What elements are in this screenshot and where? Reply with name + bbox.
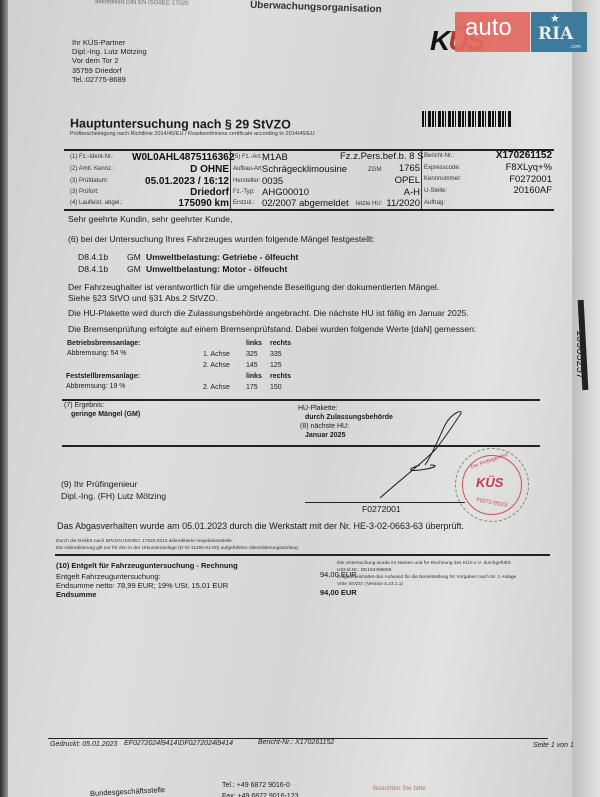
invoice-title: (10) Entgelt für Fahrzeuguntersuchung - … (56, 561, 238, 570)
fzart-extra: Fz.z.Pers.bef.b. 8 S (340, 151, 420, 162)
inspector-label: (9) Ihr Prüfingenieur (61, 479, 137, 489)
address-line: Ihr KÜS-Partner (72, 38, 147, 47)
laufleistung-label: (4) Laufleist. abgel.: (70, 200, 123, 206)
axle-right-value: 150 (270, 384, 282, 391)
pruefdatum-value: 05.01.2023 / 16:12 (120, 176, 229, 187)
defect-text: Umweltbelastung: Motor - ölfeucht (146, 264, 287, 274)
axle-left-value: 145 (246, 362, 258, 369)
pruefdatum-label: (3) Prüfdatum: (70, 178, 108, 184)
erstzul-label: Erstzul.: (233, 200, 255, 206)
footer-bericht: Bericht-Nr.: X170261152 (258, 739, 334, 746)
axle-left-value: 325 (246, 351, 258, 358)
col-right-label: rechts (270, 373, 291, 380)
responsibility-line-1: Der Fahrzeughalter ist verantwortlich fü… (68, 282, 439, 292)
kennz-label: (2) Amtl. Kennz.: (70, 166, 114, 172)
bericht-value: X170261152 (470, 150, 552, 161)
net-line: Endsumme netto: 78,99 EUR; 19% USt. 15,0… (56, 581, 228, 590)
org-header-text: Überwachungsorganisation (250, 0, 382, 15)
col-left-label: links (246, 340, 262, 347)
ustelle-label: U-Stelle: (424, 188, 447, 194)
col-right-label: rechts (270, 340, 291, 347)
defect-severity: GM (127, 252, 141, 262)
document-title: Hauptuntersuchung nach § 29 StVZO (70, 116, 291, 131)
watermark-com-text: .com (570, 44, 581, 50)
aufbau-value: Schrägecklimousine (262, 164, 347, 175)
zgm-label: ZGM (368, 167, 381, 173)
defect-severity: GM (127, 264, 141, 274)
auftrag-label: Auftrag: (424, 200, 445, 206)
pruefort-value: Driedorf (132, 187, 229, 198)
axle-right-value: 335 (270, 351, 282, 358)
org-small-text: akkreditiert DIN EN ISO/IEC 17020 (95, 0, 188, 7)
print-code: EF0272024l9414\DF0272024l9414 (124, 740, 233, 747)
signature-line (305, 502, 465, 503)
inspector-number: F0272001 (362, 504, 401, 514)
barcode (422, 111, 512, 127)
bericht-label: Bericht-Nr.: (424, 153, 454, 159)
aufbau-label: Aufbau-Art: (233, 166, 263, 172)
invoice-note: Die Untersuchung wurde im Namen und für … (337, 561, 512, 566)
total-value: 94,00 EUR (320, 588, 357, 597)
address-line: 35759 Driedorf (72, 66, 147, 75)
footer-note: Beachten Sie bitte (373, 785, 426, 792)
fzart-value: M1AB (262, 152, 288, 163)
footer-tel: Tel.: +49 6872 9016-0 (222, 782, 290, 789)
parking-brake-rate: Abbremsung: 19 % (66, 383, 126, 390)
divider (62, 399, 540, 401)
parking-brake-label: Feststellbremsanlage: (66, 373, 140, 380)
hersteller-value: 0035 (262, 176, 283, 187)
ustelle-value: 20160AF (470, 185, 552, 196)
accreditation-line: Durch die DAkkS nach DIN EN ISO/IEC 1702… (56, 539, 233, 544)
address-line: Vor dem Tor 2 (72, 56, 147, 65)
axle-label: 2. Achse (203, 362, 230, 369)
kennnummer-value: F0272001 (470, 174, 552, 185)
stamp-logo: KÜS (476, 475, 503, 490)
address-line: Dipl.-Ing. Lutz Mötzing (72, 47, 147, 56)
next-hu-label: (8) nächste HU: (300, 423, 349, 430)
fztyp-extra: A-H (390, 187, 420, 198)
kennz-value: D OHNE (132, 164, 229, 175)
document-subtitle: Prüfbescheinigung nach Richtlinie 2014/4… (70, 131, 315, 137)
office-label: Bundesgeschäftsstelle (90, 785, 165, 797)
ident-label: (1) Fz.-Ident-Nr.: (70, 154, 114, 160)
zgm-value: 1765 (390, 163, 420, 174)
watermark-ria-text: RIA (538, 24, 573, 44)
axle-label: 2. Achse (203, 384, 230, 391)
erstzul-value: 02/2007 abgemeldet (262, 198, 349, 209)
invoice-note: USt-Id Nr.: DE162499068 (337, 568, 391, 573)
inspector-name: Dipl.-Ing. (FH) Lutz Mötzing (61, 491, 166, 501)
pruefort-label: (3) Prüfort: (70, 189, 99, 195)
defect-code: D8.4.1b (78, 252, 108, 262)
printed-date: Gedruckt: 05.01.2023 (50, 741, 117, 748)
fee-label: Entgelt Fahrzeuguntersuchung: (56, 572, 161, 581)
divider (64, 209, 554, 211)
photo-edge-right (572, 0, 600, 797)
hu-plakette-note: Die HU-Plakette wird durch die Zulassung… (68, 308, 469, 318)
express-value: F8XLyq+% (470, 162, 552, 173)
partner-address: Ihr KÜS-Partner Dipl.-Ing. Lutz Mötzing … (72, 38, 147, 84)
brake-note: Die Bremsenprüfung erfolgte auf einem Br… (68, 324, 476, 334)
express-label: Expresscode: (424, 165, 460, 171)
photo-edge-left (0, 0, 8, 797)
service-brake-label: Betriebsbremsanlage: (67, 340, 141, 347)
result-label: (7) Ergebnis: (64, 402, 104, 409)
fztyp-label: Fz.-Typ: (233, 189, 255, 195)
laufleistung-value: 175090 km (132, 198, 229, 209)
total-label: Endsumme (56, 590, 96, 599)
footer-fax: Fax: +49 6872 9016-123 (222, 793, 298, 797)
hersteller-label: Hersteller: (233, 178, 260, 184)
axle-right-value: 125 (270, 362, 282, 369)
defects-intro: (6) bei der Untersuchung Ihres Fahrzeuge… (68, 234, 375, 244)
col-left-label: links (246, 373, 262, 380)
address-line: Tel.:02775-8689 (72, 75, 147, 84)
divider (55, 554, 550, 556)
greeting: Sehr geehrte Kundin, sehr geehrter Kunde… (68, 214, 232, 224)
service-brake-rate: Abbremsung: 54 % (67, 350, 127, 357)
page-number: Seite 1 von 1 (533, 742, 574, 749)
accreditation-line: Die Akkreditierung gilt nur für den in d… (56, 546, 299, 551)
plakette-label: HU-Plakette: (298, 405, 338, 412)
fztyp-value: AHG00010 (262, 187, 309, 198)
responsibility-line-2: Siehe §23 StVO und §31 Abs.2 StVZO. (68, 293, 218, 303)
result-value: geringe Mängel (GM) (71, 411, 140, 418)
invoice-note: Entgelt beinhaltet den Aufwand für die B… (337, 575, 516, 580)
watermark-auto-text: auto (465, 14, 512, 42)
next-hu-value: Januar 2025 (305, 432, 345, 439)
hersteller-name: OPEL (380, 175, 420, 186)
emissions-note: Das Abgasverhalten wurde am 05.01.2023 d… (57, 521, 464, 531)
axle-left-value: 175 (246, 384, 258, 391)
fzart-label: (5) Fz.-Art: (233, 154, 262, 160)
letzte-hu-label: letzte HU: (356, 201, 382, 207)
kennnummer-label: Kennnummer: (424, 176, 462, 182)
side-number: 19905257 (574, 330, 586, 379)
letzte-hu-value: 11/2020 (384, 198, 420, 209)
defect-code: D8.4.1b (78, 264, 108, 274)
defect-text: Umweltbelastung: Getriebe - ölfeucht (146, 252, 298, 262)
ident-value: W0L0AHL4875116362 (132, 152, 229, 163)
invoice-note: VIIIe StVZO. (Version 4.23.1.1) (337, 582, 403, 587)
axle-label: 1. Achse (203, 351, 230, 358)
